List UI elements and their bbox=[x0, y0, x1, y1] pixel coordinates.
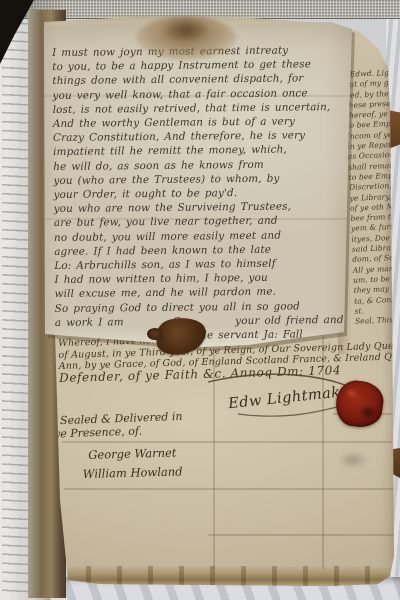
fold-crease bbox=[64, 488, 394, 490]
fold-crease bbox=[208, 534, 394, 536]
letter-text: I must now joyn my most earnest intreaty… bbox=[52, 43, 355, 344]
witness-heading-line2: ye Presence, of. bbox=[54, 424, 142, 440]
letter-overlay: I must now joyn my most earnest intreaty… bbox=[40, 20, 356, 354]
page-bottom-edge bbox=[60, 566, 394, 586]
manuscript-photo: I Edwd. Lightmakout of my great affecded… bbox=[0, 0, 400, 600]
witness-name: William Howland bbox=[82, 462, 182, 483]
book-headband-fabric bbox=[12, 0, 400, 19]
ink-stain bbox=[136, 16, 236, 60]
fold-crease bbox=[62, 441, 392, 443]
witness-block: George WarnetWilliam Howland bbox=[82, 443, 183, 483]
ink-smudge bbox=[338, 452, 368, 468]
witness-name: George Warnet bbox=[88, 443, 182, 464]
wax-blob-small bbox=[147, 328, 163, 340]
